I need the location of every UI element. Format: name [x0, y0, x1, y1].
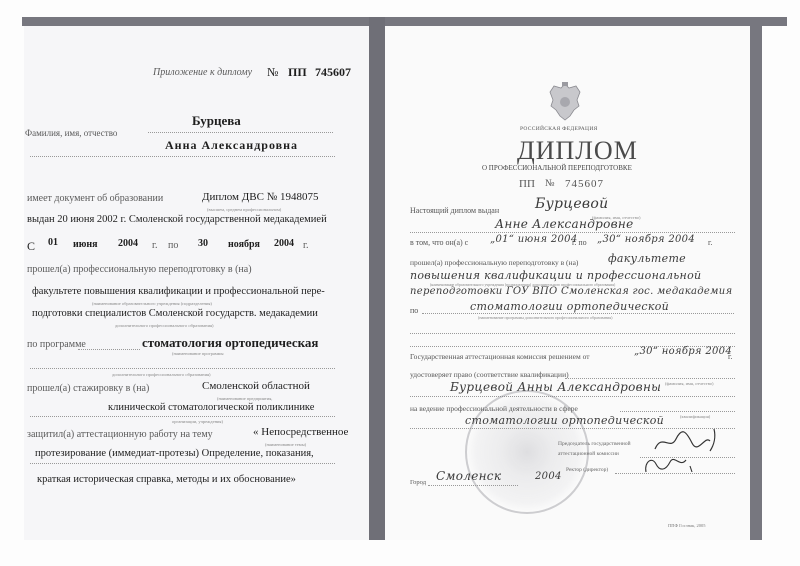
city-handwritten: Смоленск	[436, 469, 501, 483]
program-handwritten: стоматологии ортопедической	[470, 300, 669, 313]
dotted-line	[30, 368, 335, 369]
surname: Бурцева	[192, 113, 241, 129]
thesis-hint: (наименование темы)	[265, 442, 306, 447]
period-from-year: 2004	[118, 238, 138, 249]
coat-of-arms-emblem	[546, 80, 584, 122]
diploma-subtitle: О ПРОФЕССИОНАЛЬНОЙ ПЕРЕПОДГОТОВКЕ	[482, 164, 632, 172]
faculty-hint1: (наименование образовательного учреждени…	[92, 301, 212, 306]
appendix-number: 745607	[315, 65, 351, 80]
faculty-handwritten-1: факультете	[608, 252, 686, 265]
certified-person: Бурцевой Анны Александровны	[450, 380, 661, 394]
faculty-handwritten-2: повышения квалификации и профессионально…	[410, 269, 701, 282]
internship-label: прошел(а) стажировку в (на)	[27, 383, 149, 394]
period-from-label: С	[27, 239, 35, 254]
doc-value: Диплом ДВС № 1948075	[202, 191, 318, 203]
issued-to-label: Настоящий диплом выдан	[410, 206, 499, 215]
retraining-label: прошел(а) профессиональную переподготовк…	[27, 264, 252, 275]
city-label: Город	[410, 479, 426, 486]
thesis-line1: « Непосредственное	[253, 426, 348, 438]
period-to-label: по	[168, 240, 178, 251]
activity-handwritten: стоматологии ортопедической	[465, 414, 664, 427]
dotted-line	[78, 349, 140, 350]
fio-label: Фамилия, имя, отчество	[25, 128, 117, 138]
diploma-title: ДИПЛОМ	[517, 136, 638, 166]
commission-suffix: г.	[728, 352, 732, 361]
faculty-line2: подготовки специалистов Смоленской госуд…	[32, 308, 318, 319]
printer-mark: ППФ Госзнак, 2005	[668, 523, 705, 528]
dotted-line	[410, 232, 735, 233]
doc-label: имеет документ об образовании	[27, 193, 163, 204]
program-label-right: по	[410, 306, 418, 315]
period-mid: г. по	[572, 238, 587, 247]
thesis-label: защитил(а) аттестационную работу на тему	[27, 429, 213, 440]
dotted-line	[30, 156, 335, 157]
diploma-no-sign: №	[545, 178, 555, 189]
period-year-suffix: г.	[152, 240, 157, 251]
chair-label-2: аттестационной комиссии	[558, 451, 619, 457]
dotted-line	[620, 411, 735, 412]
period-to-day: 30	[198, 238, 208, 249]
cover-spine	[369, 17, 385, 540]
certified-hint: (фамилия, имя, отчество)	[665, 381, 714, 386]
cover-frame-top	[22, 17, 787, 26]
dotted-line	[410, 396, 735, 397]
period-suffix: г.	[708, 238, 712, 247]
diploma-number: 745607	[565, 178, 604, 190]
issued-line: выдан 20 июня 2002 г. Смоленской государ…	[27, 214, 327, 225]
chair-label-1: Председатель государственной	[558, 441, 631, 447]
country-label: РОССИЙСКАЯ ФЕДЕРАЦИЯ	[520, 126, 598, 132]
thesis-line3: краткая историческая справка, методы и и…	[37, 474, 296, 485]
dotted-line	[410, 333, 735, 334]
dotted-line	[565, 378, 735, 379]
activity-label: на ведение профессиональной деятельности…	[410, 404, 578, 413]
year-handwritten: 2004	[535, 471, 562, 482]
doc-hint: (высшем, среднем профессиональном)	[207, 207, 281, 212]
name-patronymic: Анна Александровна	[165, 138, 298, 153]
certifies-label: удостоверяет право (соответствие квалифи…	[410, 370, 569, 379]
program-hint: (наименование программы	[172, 351, 224, 356]
period-from: „01“ июня 2004	[490, 234, 577, 245]
period-from-month: июня	[73, 239, 98, 250]
internship-line2: клинической стоматологической поликлиник…	[108, 402, 314, 413]
appendix-no-sign: №	[267, 65, 278, 80]
period-label: в том, что он(а) с	[410, 238, 468, 247]
cover-frame-right	[750, 17, 762, 540]
dotted-line	[148, 132, 333, 133]
program-hint-right: (наименование программы дополнительного …	[478, 315, 612, 320]
issued-to-name: Анне Александровне	[495, 217, 634, 231]
internship-hint1: (наименование предприятия,	[217, 396, 272, 401]
retraining-label-right: прошел(а) профессиональную переподготовк…	[410, 258, 578, 267]
internship-hint2: организации, учреждения)	[172, 419, 223, 424]
commission-date: „30“ ноября 2004	[634, 346, 732, 357]
program-hint2: дополнительного профессионального образо…	[112, 372, 211, 377]
faculty-hint2: дополнительного профессионального образо…	[115, 323, 214, 328]
faculty-line1: факультете повышения квалификации и проф…	[32, 286, 325, 297]
activity-hint: (квалификация)	[680, 414, 710, 419]
thesis-line2: протезирование (иммедиат-протезы) Опреде…	[35, 448, 314, 459]
chair-signature	[650, 425, 725, 455]
period-to-suffix: г.	[303, 240, 308, 251]
appendix-label: Приложение к диплому	[153, 67, 252, 78]
period-to: „30“ ноября 2004	[597, 234, 695, 245]
period-to-year: 2004	[274, 238, 294, 249]
internship-line1: Смоленской областной	[202, 380, 310, 392]
rector-signature	[640, 452, 700, 476]
dotted-line	[30, 463, 335, 464]
commission-label: Государственная аттестационная комиссия …	[410, 352, 590, 361]
dotted-line	[428, 485, 518, 486]
period-from-day: 01	[48, 237, 58, 248]
dotted-line	[422, 313, 734, 314]
issued-to-surname: Бурцевой	[535, 196, 608, 212]
program-value: стоматология ортопедическая	[142, 335, 318, 351]
diploma-series: ПП	[519, 178, 535, 190]
period-to-month: ноября	[228, 239, 260, 250]
appendix-series: ПП	[288, 65, 307, 80]
rector-label: Ректор (директор)	[566, 467, 608, 473]
dotted-line	[30, 416, 335, 417]
faculty-handwritten-3: переподготовки ГОУ ВПО Смоленская гос. м…	[410, 286, 732, 297]
